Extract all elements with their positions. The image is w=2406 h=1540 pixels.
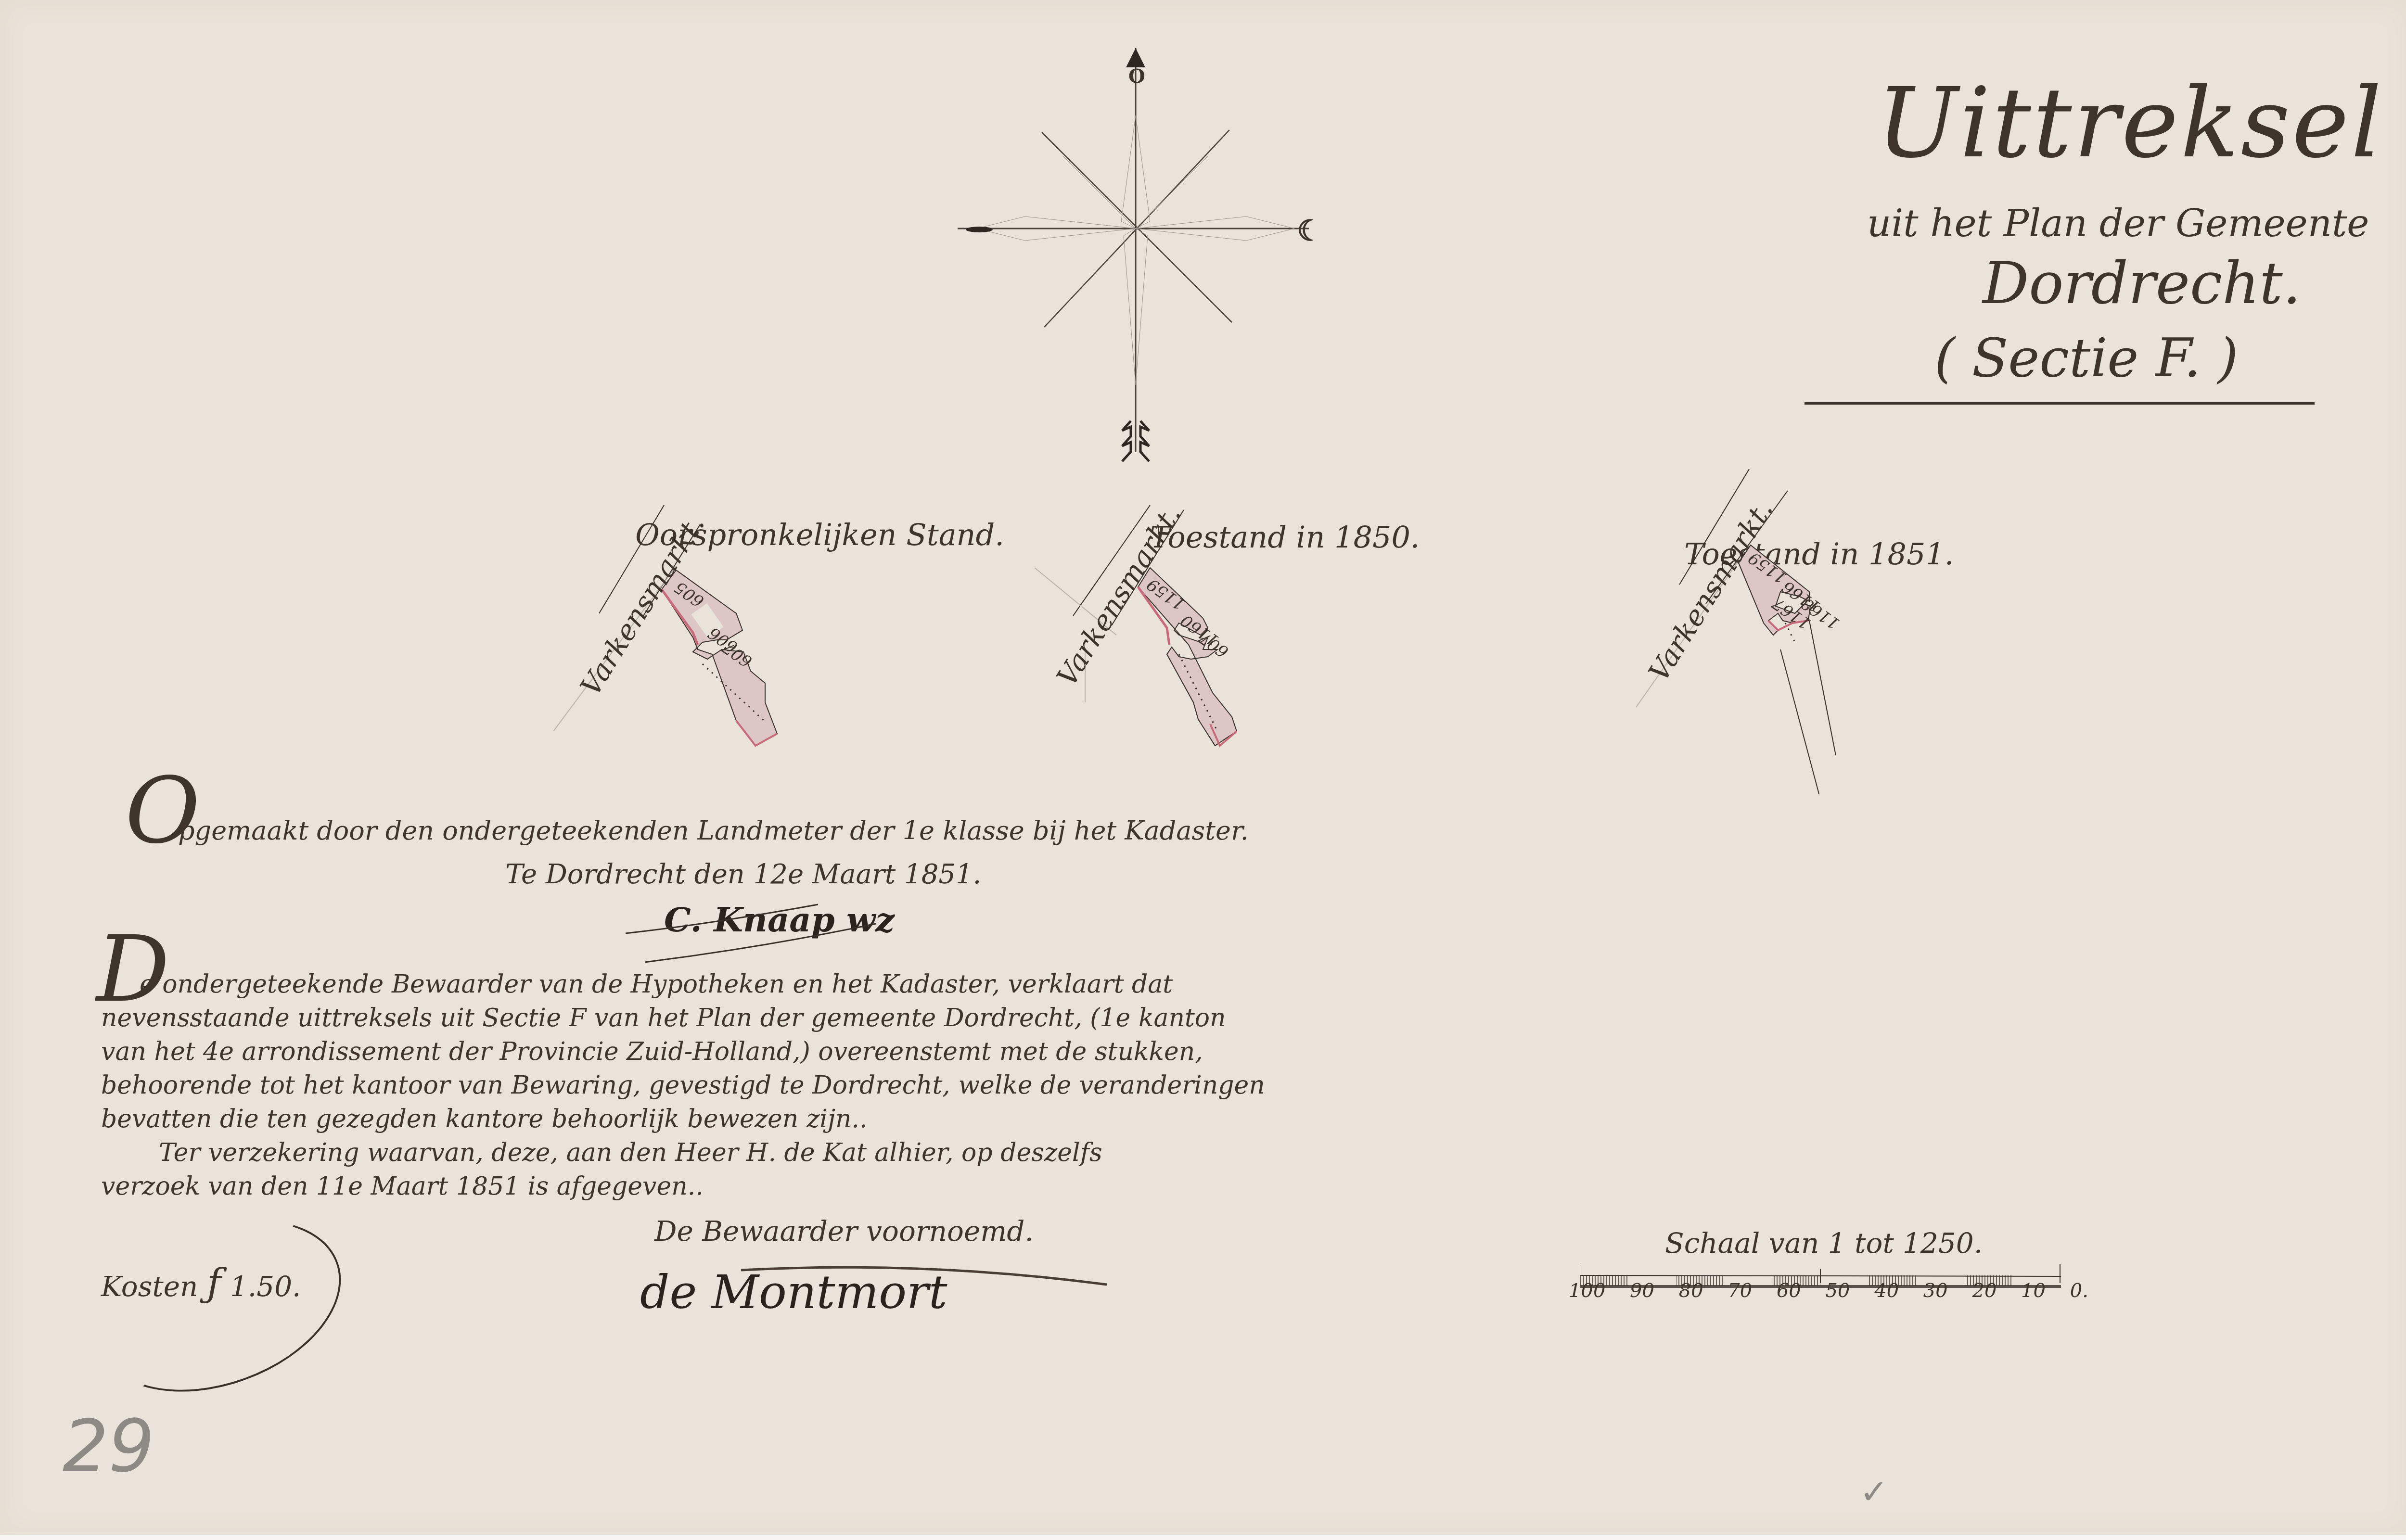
scale-tick: 30: [1923, 1280, 1948, 1302]
scale-tick: 40: [1874, 1280, 1899, 1302]
title-section: ( Sectie F. ): [1934, 327, 2238, 389]
costs-amount: 1.50.: [230, 1270, 301, 1303]
registrar-line-2: nevensstaande uittreksels uit Sectie F v…: [101, 1005, 1226, 1031]
scale-ticks: 100 90 80 70 60 50 40 30 20 10 0.: [1569, 1280, 2088, 1302]
title-city: Dordrecht.: [1983, 250, 2301, 317]
title-main: Uittreksel: [1877, 67, 2383, 179]
registrar-initial: D: [96, 924, 169, 1015]
panel-1-parcel-1: 605: [674, 585, 705, 604]
registrar-line-5: bevatten die ten gezegden kantore behoor…: [101, 1107, 868, 1132]
compass-label-right: ☾: [1297, 214, 1323, 248]
scale-tick: 60: [1777, 1280, 1801, 1302]
registrar-line-3: van het 4e arrondissement der Provincie …: [101, 1039, 1203, 1064]
title-subtitle: uit het Plan der Gemeente: [1867, 202, 2369, 245]
costs-label: Kosten: [101, 1270, 198, 1303]
costs-text: Kosten ƒ 1.50.: [101, 1260, 301, 1305]
registrar-line-1: e ondergeteekende Bewaarder van de Hypot…: [140, 972, 1173, 997]
scale-tick: 100: [1569, 1280, 1605, 1302]
compass-rose-icon: [934, 38, 1338, 462]
registrar-signoff: De Bewaarder voornoemd.: [654, 1217, 1034, 1245]
pencil-check-mark: ✓: [1860, 1472, 1888, 1512]
panel-3-parcel-4: 1168: [1800, 604, 1842, 623]
registrar-closing-1: Ter verzekering waarvan, deze, aan den H…: [159, 1140, 1102, 1165]
costs-currency: ƒ: [207, 1260, 221, 1305]
scale-title: Schaal van 1 tot 1250.: [1665, 1227, 1983, 1260]
panel-1-parcel-3: 607: [722, 645, 753, 664]
scale-tick: 80: [1679, 1280, 1703, 1302]
panel-3-parcel-1: 1159: [1747, 558, 1789, 577]
compass-label-top: O: [1128, 65, 1145, 88]
registrar-line-4: behoorende tot het kantoor van Bewaring,…: [101, 1073, 1265, 1098]
scale-tick: 0.: [2070, 1280, 2088, 1302]
panel-2-parcel-3: 607: [1198, 635, 1229, 654]
scale-tick: 70: [1728, 1280, 1752, 1302]
costs-oval: [72, 1188, 365, 1424]
title-rule: [1804, 402, 2315, 405]
pencil-page-number: 29: [63, 1405, 154, 1489]
surveyor-line-1: pgemaakt door den ondergeteekenden Landm…: [178, 818, 1249, 844]
document-sheet: O ☾ Uittreksel uit het Plan der Gemeente…: [0, 0, 2406, 1535]
scale-tick: 90: [1630, 1280, 1654, 1302]
registrar-closing-2: verzoek van den 11e Maart 1851 is afgege…: [101, 1174, 704, 1199]
scale-tick: 50: [1826, 1280, 1850, 1302]
registrar-signature-flourish: [731, 1256, 1116, 1294]
panel-2-parcel-1: 1159: [1145, 585, 1187, 604]
scale-tick: 20: [1972, 1280, 1996, 1302]
surveyor-signature-flourish: [616, 895, 953, 967]
scale-tick: 10: [2021, 1280, 2046, 1302]
surveyor-line-2: Te Dordrecht den 12e Maart 1851.: [505, 861, 981, 888]
